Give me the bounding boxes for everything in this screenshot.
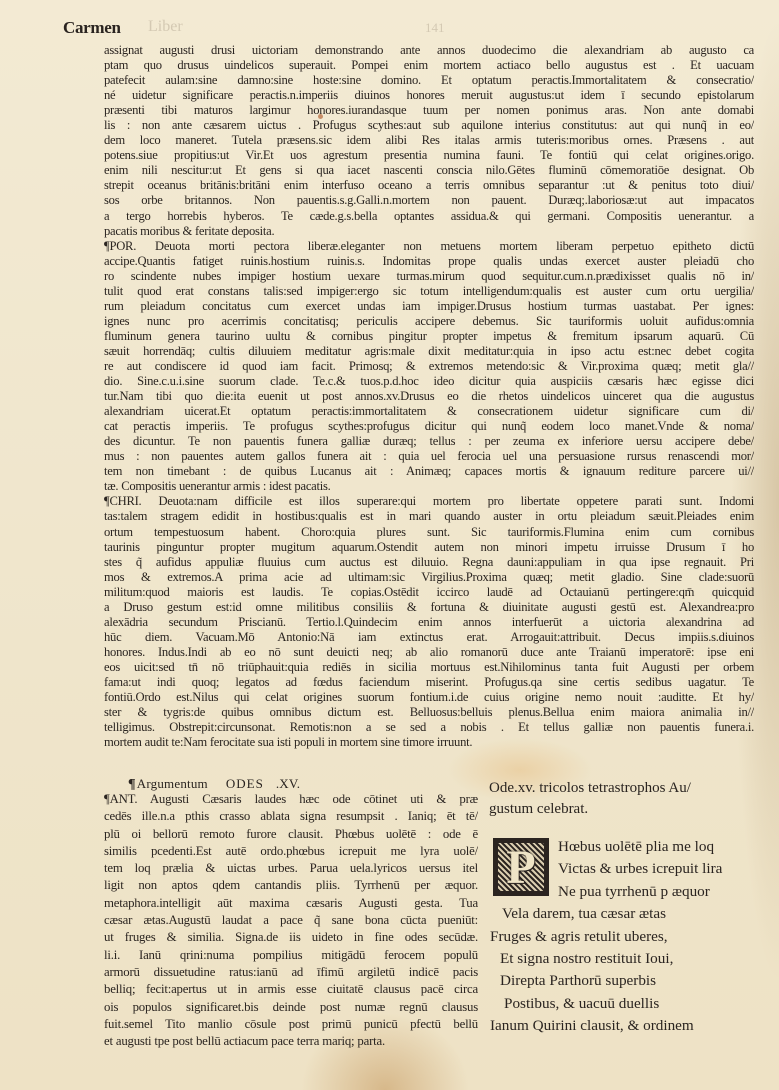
argument-line: cedēs ille.n.a pthis crasso ablata signa… [104, 808, 478, 825]
commentary-section-por: ¶POR. Deuota morti pectora liberæ.elegan… [104, 239, 754, 254]
verse-line: Hœbus uolētē plia me loq [490, 836, 760, 858]
argument-line: cæsar ætas.Augustū laudat a pace q̃ sane… [104, 912, 478, 929]
commentary-line: militum:quod maioris est laudis. Te copi… [104, 585, 754, 600]
commentary-line: rum pleiadum concitatus cum exercet unda… [104, 299, 754, 314]
bleed-through-folio: 141 [425, 20, 445, 36]
ode-verse: Hœbus uolētē plia me loq Victas & urbes … [490, 836, 760, 1038]
commentary-line: sæuit horrendāq; cultis diluuiem meditat… [104, 344, 754, 359]
argument-line: fuit.semel Tito manlio cōsule post primū… [104, 1016, 478, 1033]
commentary-line: lis : non ante cæsarem uictus . Profugus… [104, 118, 754, 133]
ode-title: Ode.xv. tricolos tetrastrophos Au/ gustu… [489, 778, 751, 820]
verse-line: Postibus, & uacuū duellis [490, 993, 760, 1015]
commentary-line: fluminum genera taurino uultu & cornibus… [104, 329, 754, 344]
commentary-line: alexandriam uicerat.Et optatum peractis:… [104, 404, 754, 419]
ink-stain [318, 114, 323, 119]
bleed-through-liber: Liber [148, 18, 183, 36]
verse-line: Et signa nostro restituit Ioui, [490, 948, 760, 970]
commentary-line: mortem audit te:Nam ferocitate sua isti … [104, 735, 754, 750]
commentary-line: eos uicit:sed tn̄ nō triūphauit:quia red… [104, 660, 754, 675]
argument-text-column: ¶ANT. Augusti Cæsaris laudes hæc ode cōt… [104, 791, 478, 1050]
commentary-line: des dicuntur. Te non pauentis funera gal… [104, 434, 754, 449]
commentary-line: potens.siue propitius:ut Vir.Et uos agre… [104, 148, 754, 163]
commentary-line: re aut condiscere id quod iam facit. Pri… [104, 359, 754, 374]
commentary-line: assignat augusti drusi uictoriam demonst… [104, 43, 754, 58]
argument-line: tem loq prælia & uictas urbes. Parua uel… [104, 860, 478, 877]
commentary-line: fama:ut indi quoq; legatos ad fœdus faci… [104, 675, 754, 690]
argument-line: armorū dissuetudine ratus:ianū ad īfimū … [104, 964, 478, 981]
verse-line: Direpta Parthorū superbis [490, 970, 760, 992]
verse-line: Fruges & agris retulit uberes, [490, 926, 760, 948]
argument-line: ligit non aptos qdem cantandis pliis. Ty… [104, 877, 478, 894]
argument-line: ois populos significaret.bis deinde post… [104, 999, 478, 1016]
commentary-line: dem loco maneret. Tutela præsens.sic ide… [104, 133, 754, 148]
commentary-section-chri: ¶CHRI. Deuota:nam difficile est illos su… [104, 494, 754, 509]
commentary-line: alexādria secundum Priscianū. Tertio.l.Q… [104, 615, 754, 630]
commentary-line: tem non timebant : de quibus Lucanus ait… [104, 464, 754, 479]
book-page: Carmen Liber 141 assignat augusti drusi … [0, 0, 779, 1090]
commentary-line: tur.Nam tibi quo die:ita euenit ut post … [104, 389, 754, 404]
argument-line: similis pcedenti.Est autē ordo.phœbus ic… [104, 843, 478, 860]
commentary-line: ortum tempestuosum habent. Choro:quia pl… [104, 525, 754, 540]
commentary-line: enim nili nescitur:ut Et gens si qua iac… [104, 163, 754, 178]
commentary-line: tæ. Compositis uenerantur armis : idest … [104, 479, 754, 494]
commentary-line: pacatis moribus & feritate deposita. [104, 224, 754, 239]
commentary-line: dio. Sine.c.u.i.sine suorum clade. Te.c.… [104, 374, 754, 389]
commentary-line: fontiū.Ordo est.Nilus qui celat origines… [104, 690, 754, 705]
argument-line: ¶ANT. Augusti Cæsaris laudes hæc ode cōt… [104, 791, 478, 808]
commentary-line: præsenti tibi maturos largimur honores.i… [104, 103, 754, 118]
commentary-block: assignat augusti drusi uictoriam demonst… [104, 43, 754, 750]
commentary-line: accipe.Quantis fatiget ruinis.hostium ru… [104, 254, 754, 269]
argument-line: ut fruges & similia. Signa.de iis uideto… [104, 929, 478, 946]
argument-number: .XV. [276, 776, 300, 791]
commentary-line: tulit quod erat constans talis:sed impig… [104, 284, 754, 299]
argument-line: belliq; fecit:apertus ut in armis esse c… [104, 981, 478, 998]
commentary-line: telligimus. Obstrepit:circunsonat. Remot… [104, 720, 754, 735]
commentary-line: ptam quo drusus uindelicos superauit. Po… [104, 58, 754, 73]
argument-line: li.i. Ianū qrini:numa pompilius mitigādū… [104, 947, 478, 964]
argument-odes: ODES [226, 776, 264, 791]
commentary-line: a Druso gestum est:id omne militibus con… [104, 600, 754, 615]
commentary-line: cat peractis imperiis. Te profugus scyth… [104, 419, 754, 434]
commentary-line: a tergo horrebis hyberos. Te cæde.g.s.be… [104, 209, 754, 224]
commentary-line: ro scindente nubes impiger hostium uexar… [104, 269, 754, 284]
verse-line: Ianum Quirini clausit, & ordinem [490, 1015, 760, 1037]
ode-title-line: Ode.xv. tricolos tetrastrophos Au/ [489, 778, 751, 799]
commentary-line: ignes nunc pro acerrimis concitatisq; pe… [104, 314, 754, 329]
commentary-line: hūc diem. Vacuam.Mō Antonio:Nā iam extin… [104, 630, 754, 645]
commentary-line: tas:talem stragem edidit in hostibus:qua… [104, 509, 754, 524]
commentary-line: strepit oceanus britānis:britāni enim in… [104, 178, 754, 193]
running-head: Carmen [63, 18, 121, 38]
commentary-line: mos & extremos.A prima acie ad ultimam:s… [104, 570, 754, 585]
commentary-line: mus : non pauentes autem gallos funera a… [104, 449, 754, 464]
verse-line: Victas & urbes icrepuit lira [490, 858, 760, 880]
argument-line: et augusti tpe post bellū actiacum pace … [104, 1033, 478, 1050]
verse-line: Ne pua tyrrhenū p æquor [490, 881, 760, 903]
pilcrow-icon: ¶ [128, 777, 136, 792]
commentary-line: taurinis pinguntur propter mugitum aquar… [104, 540, 754, 555]
argument-line: plū oi bellorū remoto furore clausit. Ph… [104, 826, 478, 843]
argument-label: Argumentum [137, 776, 208, 791]
commentary-line: ster & tygris:de quibus omnibus dictum e… [104, 705, 754, 720]
commentary-line: né uidetur significare peractis.n.imperi… [104, 88, 754, 103]
commentary-line: stes q̃ aufidus appuliæ fluuius cum auct… [104, 555, 754, 570]
commentary-line: sos orbe britannos. Non pauentis.s.g.Gal… [104, 193, 754, 208]
commentary-line: patefecit aulam:sine damno:sine hoste:si… [104, 73, 754, 88]
ode-title-line: gustum celebrat. [489, 799, 751, 820]
argument-line: metaphora.intelligit aūt maxima cæsaris … [104, 895, 478, 912]
commentary-line: honores. Indus.Indi ab eo nō sunt deuict… [104, 645, 754, 660]
verse-line: Vela darem, tua cæsar ætas [490, 903, 760, 925]
